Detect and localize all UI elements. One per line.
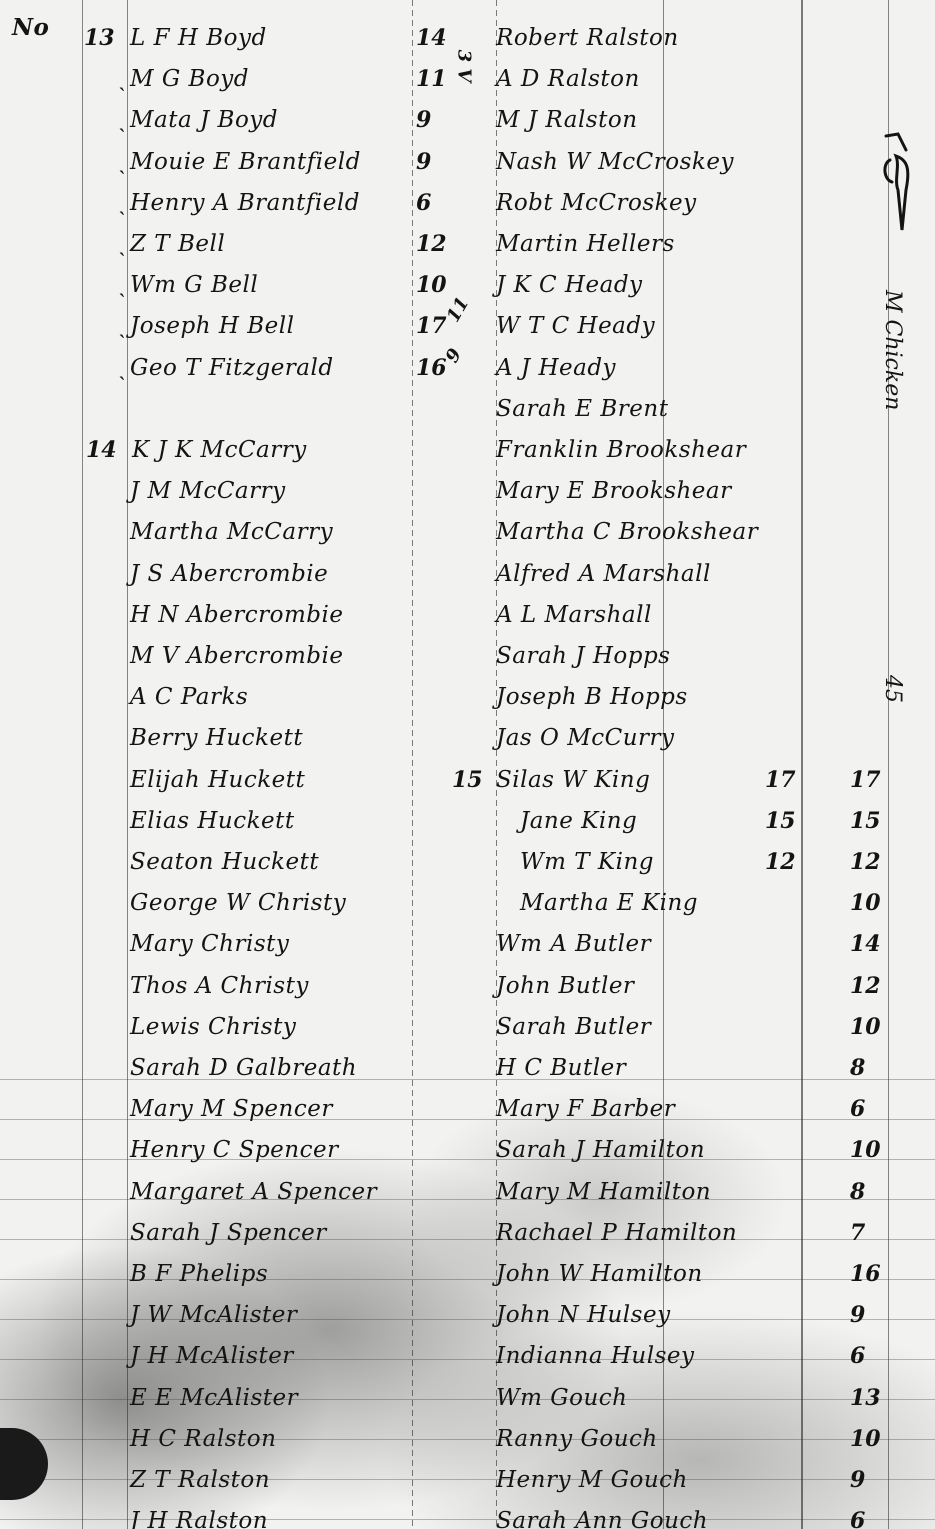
entry-name: Elias Huckett: [130, 807, 295, 835]
entry-name: Elijah Huckett: [130, 766, 305, 794]
entry-name: W T C Heady: [496, 312, 655, 340]
entry-name: Wm T King: [520, 848, 654, 876]
entry-age-secondary: 6: [850, 1342, 865, 1370]
entry-name: B F Phelips: [130, 1260, 268, 1288]
record-prefix: No: [12, 14, 49, 42]
entry-name: Mata J Boyd: [130, 106, 278, 134]
check-mark: ˎ: [118, 271, 126, 299]
entry-age: 9: [416, 106, 431, 134]
entry-name: J H Ralston: [130, 1507, 268, 1529]
entry-age-secondary: 6: [850, 1095, 865, 1123]
side-mark: 3 V: [449, 50, 477, 83]
entry-name: M J Ralston: [496, 106, 638, 134]
entry-age-secondary: 8: [850, 1054, 865, 1082]
entry-age: 9: [416, 148, 431, 176]
entry-name: John Butler: [496, 972, 634, 1000]
entry-age-secondary: 13: [850, 1384, 881, 1412]
entry-name: J M McCarry: [130, 477, 286, 505]
entry-age-secondary: 12: [850, 848, 881, 876]
entry-name: A L Marshall: [496, 601, 652, 629]
entry-name: Joseph B Hopps: [496, 683, 688, 711]
entry-name: Berry Huckett: [130, 724, 303, 752]
entry-age-secondary: 10: [850, 1013, 881, 1041]
entry-age: 11: [416, 65, 447, 93]
margin-vertical-note: M Chicken: [880, 290, 905, 410]
entry-name: Franklin Brookshear: [496, 436, 746, 464]
check-mark: ˎ: [118, 148, 126, 176]
entry-name: John N Hulsey: [496, 1301, 671, 1329]
check-mark: ˎ: [118, 312, 126, 340]
check-mark: ˎ: [118, 189, 126, 217]
entry-age: 10: [416, 271, 447, 299]
entry-age: 17: [416, 312, 447, 340]
entry-name: Martha E King: [520, 889, 698, 917]
entry-name: Sarah J Spencer: [130, 1219, 327, 1247]
entry-name: H C Ralston: [130, 1425, 276, 1453]
entry-age-secondary: 10: [850, 889, 881, 917]
entry-name: E E McAlister: [130, 1384, 298, 1412]
entry-name: A J Heady: [496, 354, 616, 382]
entry-name: Robt McCroskey: [496, 189, 697, 217]
check-mark: ˎ: [118, 230, 126, 258]
entry-name: H N Abercrombie: [130, 601, 343, 629]
entry-age-secondary: 14: [850, 930, 881, 958]
entry-name: Henry C Spencer: [130, 1136, 339, 1164]
entry-age-secondary: 9: [850, 1466, 865, 1494]
entry-name: J S Abercrombie: [130, 560, 328, 588]
entry-name: John W Hamilton: [496, 1260, 703, 1288]
entry-name: J W McAlister: [130, 1301, 297, 1329]
entry-age-secondary: 8: [850, 1178, 865, 1206]
entry-age-secondary: 6: [850, 1507, 865, 1529]
entry-name: Henry M Gouch: [496, 1466, 688, 1494]
margin-page-number: 45: [880, 675, 905, 703]
entry-name: H C Butler: [496, 1054, 626, 1082]
entry-name: Martha C Brookshear: [496, 518, 758, 546]
entry-name: George W Christy: [130, 889, 346, 917]
entry-name: J K C Heady: [496, 271, 643, 299]
column-divider: [127, 0, 128, 1529]
entry-name: Z T Ralston: [130, 1466, 270, 1494]
entry-age-secondary: 15: [850, 807, 881, 835]
entry-name: M G Boyd: [130, 65, 249, 93]
entry-name: M V Abercrombie: [130, 642, 343, 670]
entry-name: Mary F Barber: [496, 1095, 675, 1123]
entry-age-secondary: 9: [850, 1301, 865, 1329]
check-mark: ˎ: [118, 354, 126, 382]
entry-name: Sarah E Brent: [496, 395, 668, 423]
entry-name: Nash W McCroskey: [496, 148, 734, 176]
entry-name: Joseph H Bell: [130, 312, 294, 340]
entry-name: Robert Ralston: [496, 24, 679, 52]
entry-name: Silas W King: [496, 766, 650, 794]
column-divider: [412, 0, 413, 1529]
entry-name: Mary M Spencer: [130, 1095, 333, 1123]
ledger-page: No L F H Boyd14ˎM G Boyd11ˎMata J Boyd9ˎ…: [0, 0, 935, 1529]
entry-name: Wm A Butler: [496, 930, 651, 958]
entry-age-secondary: 10: [850, 1136, 881, 1164]
entry-name: Seaton Huckett: [130, 848, 319, 876]
entry-name: L F H Boyd: [130, 24, 267, 52]
entry-name: Indianna Hulsey: [496, 1342, 694, 1370]
entry-name: Geo T Fitzgerald: [130, 354, 334, 382]
entry-name: Jane King: [520, 807, 637, 835]
entry-name: Sarah Butler: [496, 1013, 651, 1041]
entry-name: Sarah J Hamilton: [496, 1136, 705, 1164]
entry-age: 12: [416, 230, 447, 258]
entry-age-secondary: 16: [850, 1260, 881, 1288]
entry-name: Z T Bell: [130, 230, 225, 258]
column-divider: [82, 0, 83, 1529]
entry-name: Sarah D Galbreath: [130, 1054, 357, 1082]
entry-name: Lewis Christy: [130, 1013, 296, 1041]
entry-name: K J K McCarry: [132, 436, 307, 464]
entry-name: A D Ralston: [496, 65, 640, 93]
pointing-hand-icon: [880, 130, 920, 240]
entry-name: Mary Christy: [130, 930, 289, 958]
entry-age-primary: 17: [765, 766, 796, 794]
entry-age-primary: 15: [765, 807, 796, 835]
entry-name: Rachael P Hamilton: [496, 1219, 737, 1247]
entry-name: Jas O McCurry: [496, 724, 675, 752]
entry-name: Sarah Ann Gouch: [496, 1507, 708, 1529]
entry-name: Wm G Bell: [130, 271, 258, 299]
entry-age-secondary: 7: [850, 1219, 865, 1247]
entry-name: Sarah J Hopps: [496, 642, 671, 670]
entry-name: Mouie E Brantfield: [130, 148, 361, 176]
entry-age-secondary: 17: [850, 766, 881, 794]
entry-age: 14: [416, 24, 447, 52]
entry-age-primary: 12: [765, 848, 796, 876]
entry-name: Mary E Brookshear: [496, 477, 732, 505]
entry-age-secondary: 10: [850, 1425, 881, 1453]
check-mark: ˎ: [118, 106, 126, 134]
entry-name: Wm Gouch: [496, 1384, 628, 1412]
entry-name: Margaret A Spencer: [130, 1178, 377, 1206]
district-number: 13: [84, 24, 115, 52]
entry-age: 16: [416, 354, 447, 382]
entry-name: J H McAlister: [130, 1342, 294, 1370]
entry-name: Ranny Gouch: [496, 1425, 658, 1453]
entry-name: A C Parks: [130, 683, 248, 711]
entry-name: Thos A Christy: [130, 972, 309, 1000]
district-number: 15: [452, 766, 483, 794]
entry-name: Alfred A Marshall: [496, 560, 711, 588]
entry-name: Mary M Hamilton: [496, 1178, 711, 1206]
district-number: 14: [86, 436, 117, 464]
entry-age: 6: [416, 189, 431, 217]
entry-name: Martin Hellers: [496, 230, 675, 258]
column-divider: [801, 0, 803, 1529]
entry-name: Martha McCarry: [130, 518, 333, 546]
entry-age-secondary: 12: [850, 972, 881, 1000]
entry-name: Henry A Brantfield: [130, 189, 360, 217]
check-mark: ˎ: [118, 65, 126, 93]
